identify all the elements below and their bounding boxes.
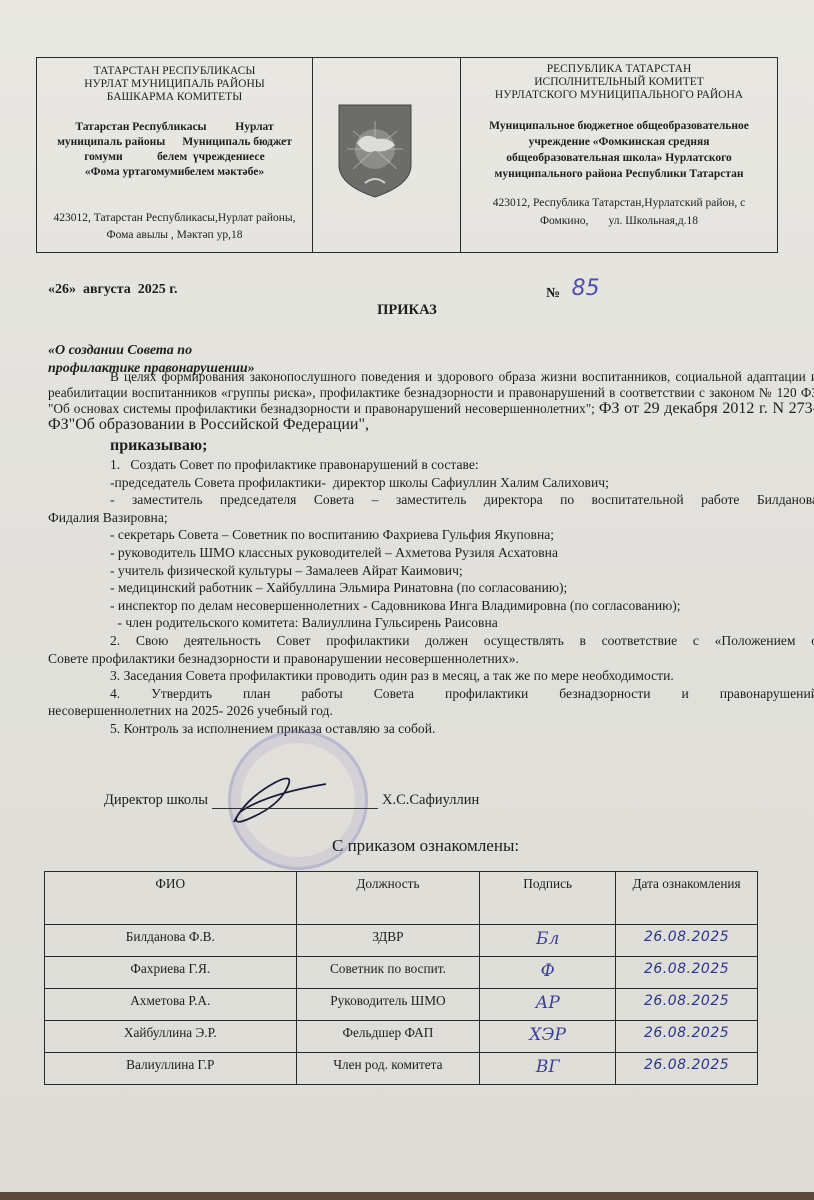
letterhead-line: общеобразовательная школа» Нурлатского <box>461 150 777 166</box>
letterhead-line: БАШКАРМА КОМИТЕТЫ <box>37 91 312 104</box>
cell-signature: АР <box>480 989 616 1021</box>
table-row: Ахметова Р.А. Руководитель ШМО АР 26.08.… <box>45 989 758 1021</box>
letterhead-line: «Фома уртагомумибелем мәктәбе» <box>37 165 312 180</box>
cell-position: Советник по воспит. <box>296 957 480 989</box>
order-title: ПРИКАЗ <box>0 302 814 319</box>
column-header-signature: Подпись <box>480 872 616 925</box>
address-line: Фома авылы , Мәктәп ур,18 <box>37 227 312 244</box>
cell-name: Ахметова Р.А. <box>45 989 297 1021</box>
cell-position: ЗДВР <box>296 925 480 957</box>
subject-line: «О создании Совета по <box>48 342 255 360</box>
table-row: Валиуллина Г.Р Член род. комитета ВГ 26.… <box>45 1053 758 1085</box>
list-item: - учитель физической культуры – Замалеев… <box>48 562 814 580</box>
table-row: Билданова Ф.В. ЗДВР Бл 26.08.2025 <box>45 925 758 957</box>
coat-of-arms-icon <box>337 103 413 199</box>
acquainted-title: С приказом ознакомлены: <box>332 836 519 856</box>
letterhead-line: НУРЛАТ МУНИЦИПАЛЬ РАЙОНЫ <box>37 78 312 91</box>
letterhead-line: ИСПОЛНИТЕЛЬНЫЙ КОМИТЕТ <box>461 76 777 89</box>
letterhead-institution: Татарстан Республикасы Нурлат муниципаль… <box>37 120 312 180</box>
table-surface <box>0 1192 814 1200</box>
letterhead-line: Татарстан Республикасы Нурлат <box>37 120 312 135</box>
cell-position: Фельдшер ФАП <box>296 1021 480 1053</box>
column-header-name: ФИО <box>45 872 297 925</box>
cell-name: Фахриева Г.Я. <box>45 957 297 989</box>
order-items: 1. Создать Совет по профилактике правона… <box>48 456 814 738</box>
cell-position: Член род. комитета <box>296 1053 480 1085</box>
list-item: - медицинский работник – Хайбуллина Эльм… <box>48 579 814 597</box>
letterhead-line: учреждение «Фомкинская средняя <box>461 134 777 150</box>
list-item: несовершеннолетних на 2025- 2026 учебный… <box>48 702 814 720</box>
list-item: - инспектор по делам несовершеннолетних … <box>48 597 814 615</box>
cell-date: 26.08.2025 <box>616 1021 758 1053</box>
cell-date: 26.08.2025 <box>616 957 758 989</box>
list-item: 4. Утвердить план работы Совета профилак… <box>48 685 814 703</box>
cell-date: 26.08.2025 <box>616 1053 758 1085</box>
letterhead-line: РЕСПУБЛИКА ТАТАРСТАН <box>461 63 777 76</box>
list-item: 2. Свою деятельность Совет профилактики … <box>48 632 814 650</box>
cell-name: Хайбуллина Э.Р. <box>45 1021 297 1053</box>
order-number: № 85 <box>546 278 600 303</box>
letterhead-line: НУРЛАТСКОГО МУНИЦИПАЛЬНОГО РАЙОНА <box>461 89 777 102</box>
address-line: 423012, Республика Татарстан,Нурлатский … <box>461 194 777 212</box>
director-role: Директор школы <box>104 792 208 809</box>
letterhead-institution: Муниципальное бюджетное общеобразователь… <box>461 118 777 182</box>
order-number-label: № <box>546 286 560 301</box>
cell-signature: Бл <box>480 925 616 957</box>
list-item: 5. Контроль за исполнением приказа остав… <box>48 720 814 738</box>
list-item: - секретарь Совета – Советник по воспита… <box>48 526 814 544</box>
letterhead-address: 423012, Республика Татарстан,Нурлатский … <box>461 194 777 230</box>
letterhead: ТАТАРСТАН РЕСПУБЛИКАСЫ НУРЛАТ МУНИЦИПАЛЬ… <box>36 57 778 253</box>
list-item: 1. Создать Совет по профилактике правона… <box>48 456 814 474</box>
cell-name: Валиуллина Г.Р <box>45 1053 297 1085</box>
order-number-value: 85 <box>572 276 600 301</box>
letterhead-russian: РЕСПУБЛИКА ТАТАРСТАН ИСПОЛНИТЕЛЬНЫЙ КОМИ… <box>461 58 777 252</box>
letterhead-line: гомуми белем үчреждениесе <box>37 150 312 165</box>
cell-signature: ВГ <box>480 1053 616 1085</box>
preamble: В целях формирования законопослушного по… <box>48 369 814 433</box>
list-item: - руководитель ШМО классных руководителе… <box>48 544 814 562</box>
list-item: - заместитель председателя Совета – заме… <box>48 491 814 509</box>
list-item: -председатель Совета профилактики- дирек… <box>48 474 814 492</box>
letterhead-tatar: ТАТАРСТАН РЕСПУБЛИКАСЫ НУРЛАТ МУНИЦИПАЛЬ… <box>37 58 313 252</box>
table-row: Хайбуллина Э.Р. Фельдшер ФАП ХЭР 26.08.2… <box>45 1021 758 1053</box>
letterhead-line: муниципаль районы Муниципаль бюджет <box>37 135 312 150</box>
cell-signature: Ф <box>480 957 616 989</box>
director-signature-row: Директор школы Х.С.Сафиуллин <box>104 792 479 809</box>
cell-date: 26.08.2025 <box>616 989 758 1021</box>
cell-signature: ХЭР <box>480 1021 616 1053</box>
acquaintance-table: ФИО Должность Подпись Дата ознакомления … <box>44 871 758 1085</box>
director-name: Х.С.Сафиуллин <box>382 792 479 809</box>
cell-name: Билданова Ф.В. <box>45 925 297 957</box>
order-date: «26» августа 2025 г. <box>48 282 178 298</box>
list-item: 3. Заседания Совета профилактики проводи… <box>48 667 814 685</box>
decree-word: приказываю; <box>110 437 207 455</box>
cell-date: 26.08.2025 <box>616 925 758 957</box>
letterhead-line: муниципального района Республики Татарст… <box>461 166 777 182</box>
column-header-date: Дата ознакомления <box>616 872 758 925</box>
list-item: Совете профилактики безнадзорности и пра… <box>48 650 814 668</box>
cell-position: Руководитель ШМО <box>296 989 480 1021</box>
column-header-position: Должность <box>296 872 480 925</box>
emblem-cell <box>313 58 461 252</box>
signature-line <box>212 793 378 809</box>
list-item: - член родительского комитета: Валиуллин… <box>48 614 814 632</box>
letterhead-address: 423012, Татарстан Республикасы,Нурлат ра… <box>37 210 312 244</box>
table-header-row: ФИО Должность Подпись Дата ознакомления <box>45 872 758 925</box>
letterhead-line: Муниципальное бюджетное общеобразователь… <box>461 118 777 134</box>
address-line: 423012, Татарстан Республикасы,Нурлат ра… <box>37 210 312 227</box>
letterhead-line: ТАТАРСТАН РЕСПУБЛИКАСЫ <box>37 65 312 78</box>
address-line: Фомкино, ул. Школьная,д.18 <box>461 212 777 230</box>
table-row: Фахриева Г.Я. Советник по воспит. Ф 26.0… <box>45 957 758 989</box>
list-item: Фидалия Вазировна; <box>48 509 814 527</box>
